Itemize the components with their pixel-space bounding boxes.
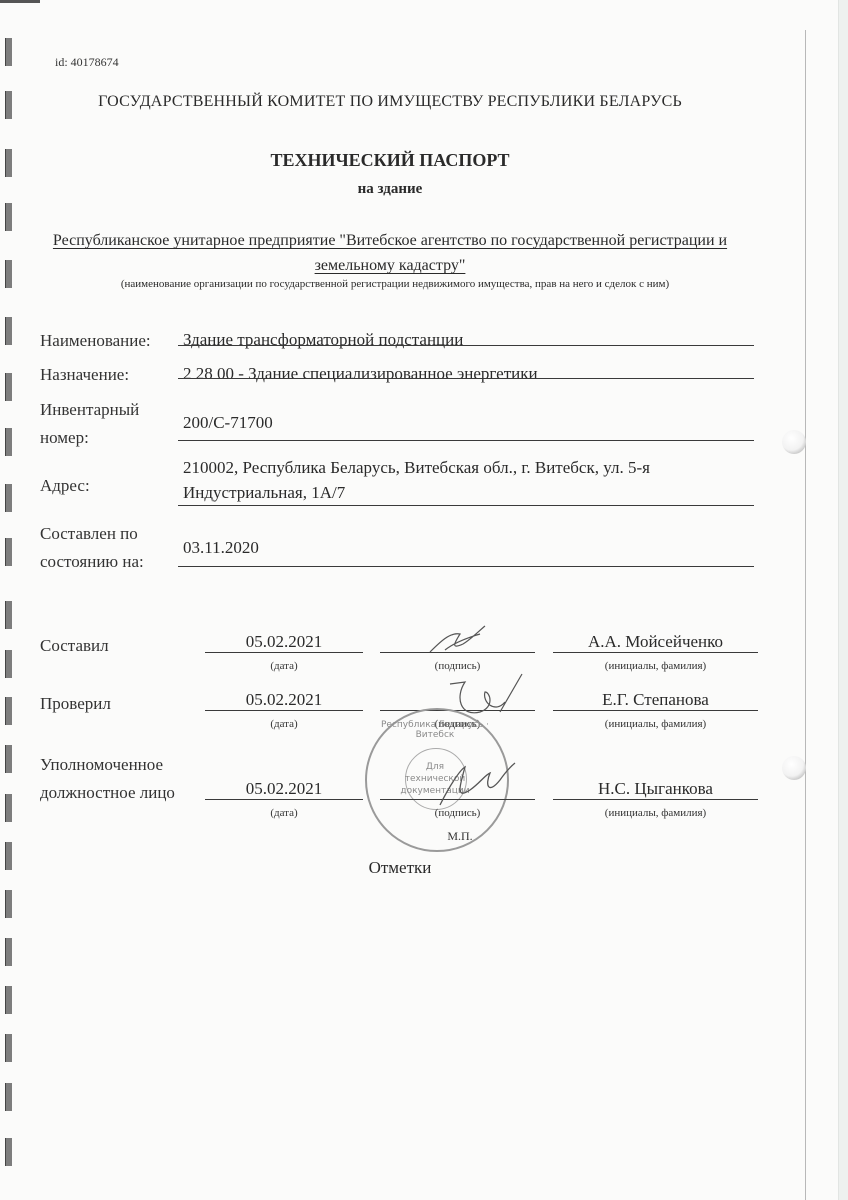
name-caption: (инициалы, фамилия) [553, 807, 758, 819]
punch-mark [5, 38, 12, 66]
inventory-label-line-2: номер: [40, 428, 89, 447]
organization-name: Республиканское унитарное предприятие "В… [30, 228, 750, 278]
organization-line-2: земельному кадастру" [315, 257, 466, 274]
as-of-underline [178, 566, 754, 567]
date-caption: (дата) [205, 718, 363, 730]
name-underline [178, 345, 754, 346]
checked-name-line [553, 710, 758, 711]
organization-line-1: Республиканское унитарное предприятие "В… [53, 232, 727, 249]
scan-border [838, 0, 848, 1200]
inventory-label-line-1: Инвентарный [40, 400, 139, 419]
punch-mark [5, 203, 12, 231]
authorized-name-line [553, 799, 758, 800]
document-id: id: 40178674 [55, 55, 119, 70]
signature-mark [425, 622, 495, 657]
checked-name: Е.Г. Степанова [553, 690, 758, 710]
scan-edge-mark [0, 0, 40, 3]
stamp-place-label: М.П. [430, 829, 490, 844]
inventory-label: Инвентарный номер: [40, 396, 139, 452]
as-of-label-line-2: состоянию на: [40, 552, 144, 571]
date-caption: (дата) [205, 660, 363, 672]
marks-heading: Отметки [0, 858, 800, 878]
punch-mark [5, 697, 12, 725]
punch-mark [5, 317, 12, 345]
compiled-by-label: Составил [40, 632, 109, 660]
address-line-1: 210002, Республика Беларусь, Витебская о… [183, 458, 650, 477]
checked-by-label: Проверил [40, 690, 111, 718]
punch-mark [5, 1034, 12, 1062]
authorized-date: 05.02.2021 [205, 779, 363, 799]
punch-mark [5, 1138, 12, 1166]
compiled-date: 05.02.2021 [205, 632, 363, 652]
address-underline [178, 505, 754, 506]
authorized-official-label: Уполномоченное должностное лицо [40, 751, 175, 807]
name-value: Здание трансформаторной подстанции [183, 327, 463, 352]
punch-mark [5, 890, 12, 918]
document-subtitle: на здание [0, 181, 780, 198]
name-label: Наименование: [40, 327, 151, 355]
punch-mark [5, 601, 12, 629]
punch-mark [5, 484, 12, 512]
compiled-name: А.А. Мойсейченко [553, 632, 758, 652]
authorized-date-line [205, 799, 363, 800]
checked-date: 05.02.2021 [205, 690, 363, 710]
committee-heading: ГОСУДАРСТВЕННЫЙ КОМИТЕТ ПО ИМУЩЕСТВУ РЕС… [0, 93, 780, 111]
purpose-underline [178, 378, 754, 379]
compiled-name-line [553, 652, 758, 653]
date-caption: (дата) [205, 807, 363, 819]
address-line-2: Индустриальная, 1А/7 [183, 483, 345, 502]
document-title: ТЕХНИЧЕСКИЙ ПАСПОРТ [0, 150, 780, 171]
purpose-label: Назначение: [40, 361, 129, 389]
inventory-value: 200/С-71700 [183, 410, 273, 435]
binder-hole [782, 430, 806, 454]
checked-date-line [205, 710, 363, 711]
punch-mark [5, 428, 12, 456]
as-of-label-line-1: Составлен по [40, 524, 138, 543]
name-caption: (инициалы, фамилия) [553, 660, 758, 672]
signature-caption: (подпись) [380, 660, 535, 672]
purpose-value: 2 28 00 - Здание специализированное энер… [183, 361, 538, 386]
stamp-ring-text: Республика Беларусь · Витебск [380, 720, 490, 740]
punch-mark [5, 1083, 12, 1111]
authorized-name: Н.С. Цыганкова [553, 779, 758, 799]
punch-mark [5, 745, 12, 773]
name-caption: (инициалы, фамилия) [553, 718, 758, 730]
punch-mark [5, 373, 12, 401]
document-page: id: 40178674 ГОСУДАРСТВЕННЫЙ КОМИТЕТ ПО … [0, 0, 848, 1200]
punch-mark [5, 538, 12, 566]
binder-hole [782, 756, 806, 780]
page-edge-line [805, 30, 806, 1200]
authorized-label-line-2: должностное лицо [40, 783, 175, 802]
punch-mark [5, 794, 12, 822]
signature-mark [430, 755, 520, 815]
punch-mark [5, 986, 12, 1014]
organization-caption: (наименование организации по государстве… [0, 278, 790, 290]
punch-mark [5, 650, 12, 678]
compiled-date-line [205, 652, 363, 653]
inventory-underline [178, 440, 754, 441]
address-value: 210002, Республика Беларусь, Витебская о… [183, 455, 650, 505]
as-of-label: Составлен по состоянию на: [40, 520, 144, 576]
address-label: Адрес: [40, 472, 90, 500]
authorized-label-line-1: Уполномоченное [40, 755, 163, 774]
as-of-value: 03.11.2020 [183, 535, 259, 560]
punch-mark [5, 938, 12, 966]
